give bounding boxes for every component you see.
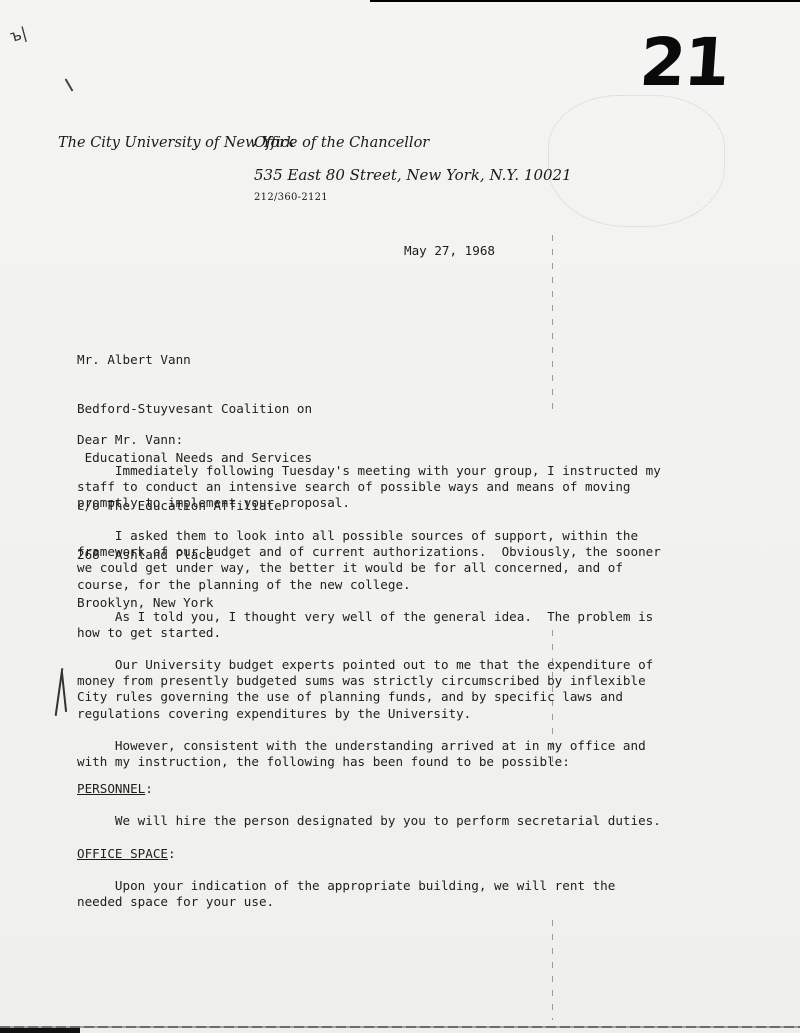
office-name: Office of the Chancellor [254, 135, 429, 151]
section-heading-text: OFFICE SPACE [77, 846, 168, 861]
office-phone: 212/360-2121 [254, 192, 328, 203]
letter-date: May 27, 1968 [404, 243, 495, 259]
handwritten-page-number: 21 [638, 30, 730, 96]
section-heading-office-space: OFFICE SPACE: [77, 846, 176, 862]
scan-bottom-edge [0, 1026, 800, 1028]
heading-colon: : [145, 781, 153, 796]
section-heading-text: PERSONNEL [77, 781, 145, 796]
paragraph: Our University budget experts pointed ou… [77, 657, 777, 722]
office-address: 535 East 80 Street, New York, N.Y. 10021 [254, 166, 572, 184]
fold-line [552, 235, 553, 415]
paragraph: Immediately following Tuesday's meeting … [77, 463, 777, 512]
section-heading-personnel: PERSONNEL: [77, 781, 153, 797]
scan-corner [0, 1028, 80, 1033]
faded-stamp [548, 95, 725, 227]
salutation: Dear Mr. Vann: [77, 432, 183, 448]
fold-line [552, 920, 553, 1020]
document-page: ъ| 21 The City University of New York Of… [0, 0, 800, 1033]
handwritten-margin-mark [55, 668, 69, 718]
handwritten-stroke [65, 78, 74, 91]
section-body: Upon your indication of the appropriate … [77, 878, 777, 910]
recipient-line: Bedford-Stuyvesant Coalition on [77, 401, 312, 417]
scan-top-edge [370, 0, 800, 2]
section-body: We will hire the person designated by yo… [77, 813, 777, 829]
paragraph: As I told you, I thought very well of th… [77, 609, 777, 641]
paragraph: However, consistent with the understandi… [77, 738, 777, 770]
recipient-line: Mr. Albert Vann [77, 352, 312, 368]
paragraph: I asked them to look into all possible s… [77, 528, 777, 593]
handwritten-mark: ъ| [8, 23, 29, 46]
heading-colon: : [168, 846, 176, 861]
